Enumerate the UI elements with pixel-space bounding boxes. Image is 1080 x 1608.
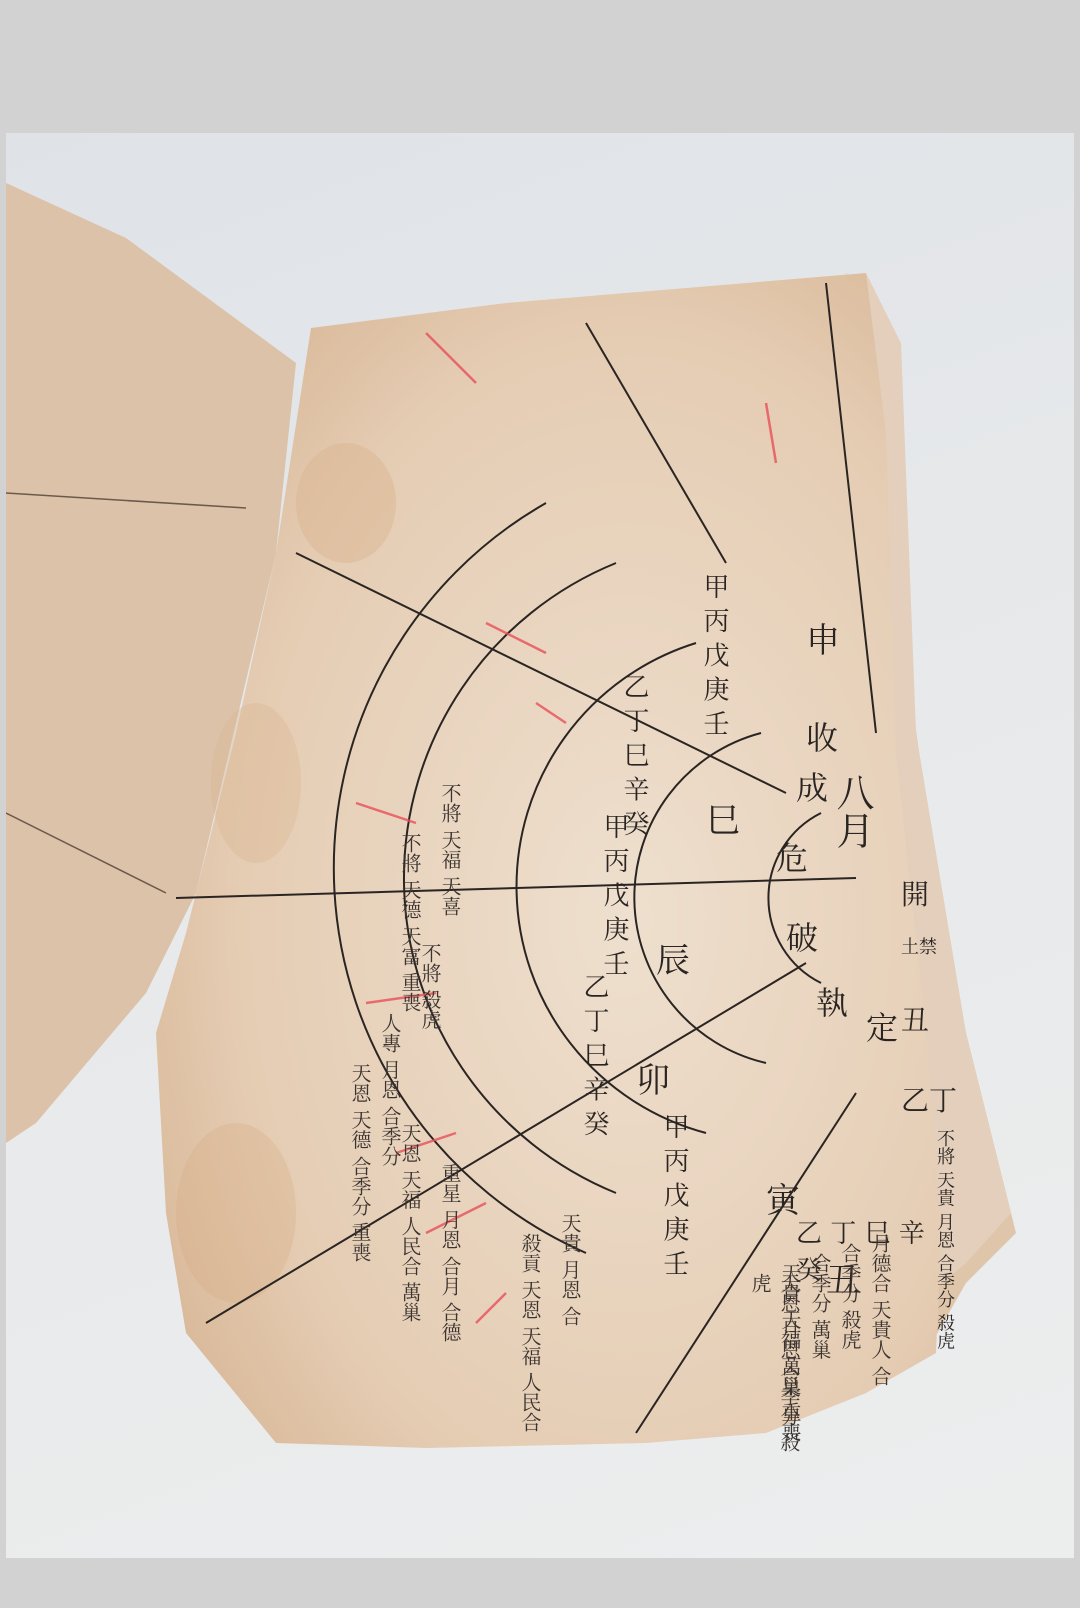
annotation-5: 天恩 天福 人民合 萬巢 <box>396 1123 425 1322</box>
annotation-8: 殺貢 天恩 天福 人民合 <box>516 1233 545 1432</box>
annotation-7: 天貴 月恩 合 <box>556 1213 585 1326</box>
annotation-6: 重星 月恩 合月 合德 <box>436 1163 465 1342</box>
side-label-1: 土禁 <box>901 933 991 959</box>
side-page-labels: 開 土禁 丑 乙丁 不將 天貴 月恩 合季分 殺虎 <box>901 873 991 1350</box>
annotation-12: 月德合 天貴人 合 <box>866 1233 895 1386</box>
side-label-0: 開 <box>901 873 991 913</box>
outer-annotations: 不將 天福 天喜 不將 天德 天富 重喪 不將 殺虎 人專 月恩 合季分 天恩 … <box>336 363 936 1463</box>
annotation-0: 不將 天福 天喜 <box>436 783 465 916</box>
annotation-4: 天恩 天德 合季分 重喪 <box>346 1063 375 1262</box>
annotation-11: 合季分 殺虎 <box>836 1243 865 1349</box>
annotation-2: 不將 殺虎 <box>416 943 445 1029</box>
annotation-10: 合季分 萬巢 <box>806 1253 835 1359</box>
annotation-13: 天恩 月恩 合季分 殺虎 <box>746 1273 804 1463</box>
side-annotation: 不將 天貴 月恩 合季分 殺虎 <box>931 1129 957 1350</box>
side-label-2: 丑 <box>901 999 991 1039</box>
manuscript-photo: 八月 收 成 危 破 執 定 申 巳 辰 卯 寅 丑 甲 丙 戊 庚 壬 乙 丁… <box>6 133 1074 1558</box>
side-label-3: 乙丁 <box>901 1079 991 1119</box>
